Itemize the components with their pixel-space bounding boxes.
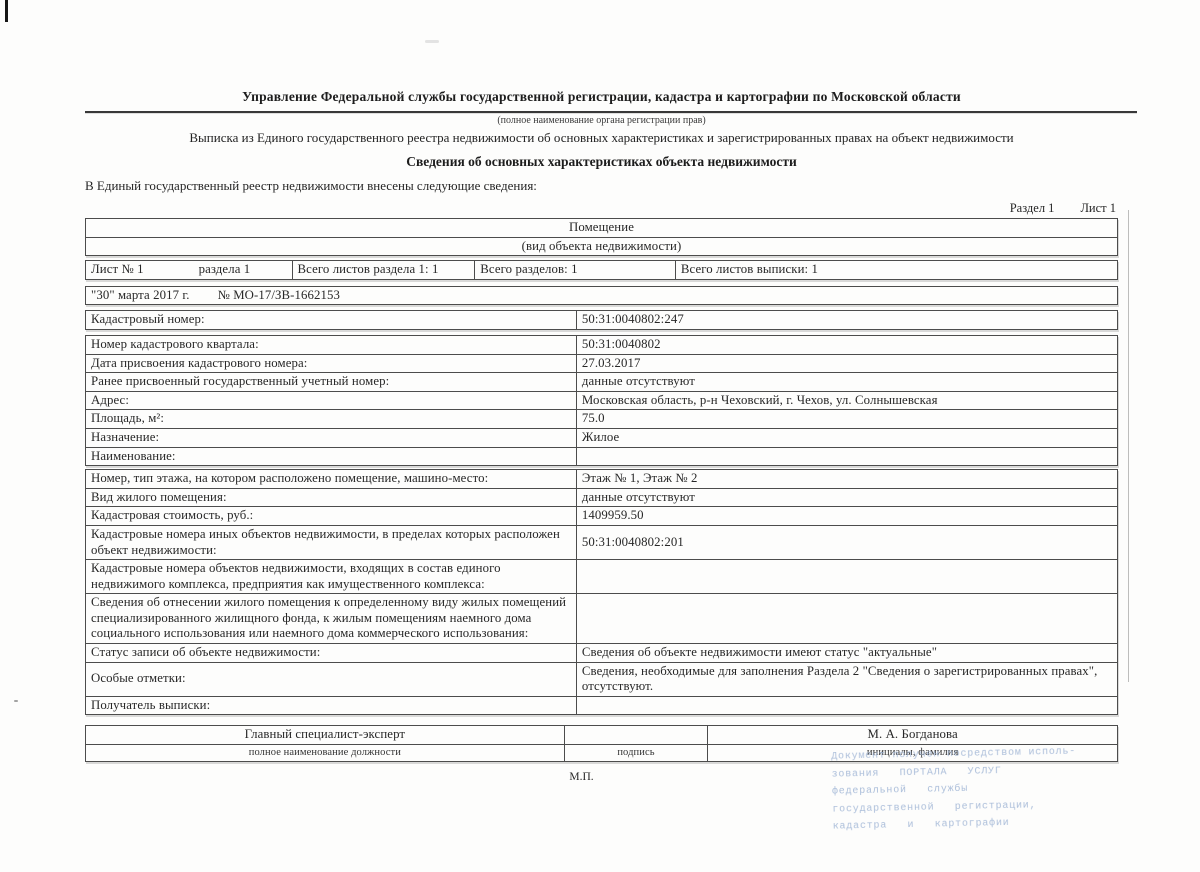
- portal-services-stamp: Документ получен посредством исполь-зова…: [831, 743, 1083, 836]
- row-label: Кадастровая стоимость, руб.:: [86, 507, 577, 526]
- table-row: Получатель выписки:: [86, 696, 1118, 715]
- document-content: Управление Федеральной службы государств…: [85, 0, 1118, 783]
- row-value: 1409959.50: [576, 507, 1117, 526]
- table-row: Наименование:: [86, 447, 1118, 466]
- row-value: 50:31:0040802: [576, 335, 1117, 354]
- document-title: Выписка из Единого государственного реес…: [85, 130, 1118, 146]
- row-value: [576, 560, 1117, 594]
- section-title: Сведения об основных характеристиках объ…: [85, 154, 1118, 170]
- row-value: [576, 594, 1117, 644]
- row-label: Наименование:: [86, 447, 577, 466]
- row-value: 27.03.2017: [576, 354, 1117, 373]
- table-row: Статус записи об объекте недвижимости:Св…: [86, 644, 1118, 663]
- table-row: Дата присвоения кадастрового номера:27.0…: [86, 354, 1118, 373]
- row-label: Статус записи об объекте недвижимости:: [86, 644, 577, 663]
- table-row: Помещение: [86, 219, 1118, 238]
- table-row: Номер, тип этажа, на котором расположено…: [86, 470, 1118, 489]
- row-value: Жилое: [576, 428, 1117, 447]
- row-label: Кадастровые номера иных объектов недвижи…: [86, 525, 577, 559]
- scan-artifact-dot: [14, 700, 18, 702]
- row-label: Кадастровый номер:: [86, 311, 577, 330]
- row-value: 75.0: [576, 410, 1117, 429]
- row-value: [576, 696, 1117, 715]
- date-number-cell: "30" марта 2017 г.№ МО-17/ЗВ-1662153: [86, 286, 1118, 305]
- table-row: Лист № 1раздела 1 Всего листов раздела 1…: [86, 261, 1118, 280]
- cadastral-number-table: Кадастровый номер: 50:31:0040802:247: [85, 310, 1118, 330]
- signer-name: М. А. Богданова: [708, 726, 1118, 745]
- row-value: 50:31:0040802:201: [576, 525, 1117, 559]
- table-row: Адрес:Московская область, р-н Чеховский,…: [86, 391, 1118, 410]
- row-value: данные отсутствуют: [576, 373, 1117, 392]
- scanned-document-page: Управление Федеральной службы государств…: [0, 0, 1200, 872]
- signer-position: Главный специалист-эксперт: [86, 726, 565, 745]
- sheet-label: Лист 1: [1080, 201, 1116, 215]
- table-row: Вид жилого помещения:данные отсутствуют: [86, 488, 1118, 507]
- section-no: раздела 1: [199, 262, 251, 276]
- section-sheet-label: Раздел 1Лист 1: [85, 201, 1118, 216]
- row-label: Площадь, м²:: [86, 410, 577, 429]
- scan-artifact-top-left: [5, 0, 8, 22]
- table-row: Кадастровый номер: 50:31:0040802:247: [86, 311, 1118, 330]
- total-sheets-extract-cell: Всего листов выписки: 1: [675, 261, 1117, 280]
- row-value: Московская область, р-н Чеховский, г. Че…: [576, 391, 1117, 410]
- table-row: Кадастровая стоимость, руб.:1409959.50: [86, 507, 1118, 526]
- intro-text: В Единый государственный реестр недвижим…: [85, 178, 1118, 194]
- row-label: Назначение:: [86, 428, 577, 447]
- extract-number: № МО-17/ЗВ-1662153: [218, 288, 340, 302]
- row-value: 50:31:0040802:247: [576, 311, 1117, 330]
- sheet-info-table: Лист № 1раздела 1 Всего листов раздела 1…: [85, 260, 1118, 280]
- row-label: Получатель выписки:: [86, 696, 577, 715]
- total-sections-cell: Всего разделов: 1: [475, 261, 676, 280]
- table-row: "30" марта 2017 г.№ МО-17/ЗВ-1662153: [86, 286, 1118, 305]
- table-row: Площадь, м²:75.0: [86, 410, 1118, 429]
- object-type-caption: (вид объекта недвижимости): [86, 237, 1118, 256]
- row-label: Номер, тип этажа, на котором расположено…: [86, 470, 577, 489]
- main-table-part2: Номер, тип этажа, на котором расположено…: [85, 469, 1118, 715]
- total-sheets-section-cell: Всего листов раздела 1: 1: [292, 261, 475, 280]
- row-value: [576, 447, 1117, 466]
- row-label: Ранее присвоенный государственный учетны…: [86, 373, 577, 392]
- row-value: Этаж № 1, Этаж № 2: [576, 470, 1117, 489]
- sheet-no: Лист № 1: [91, 262, 144, 276]
- table-row: Кадастровые номера объектов недвижимости…: [86, 560, 1118, 594]
- row-label: Номер кадастрового квартала:: [86, 335, 577, 354]
- object-type-table: Помещение (вид объекта недвижимости): [85, 218, 1118, 256]
- org-name-caption: (полное наименование органа регистрации …: [85, 115, 1118, 126]
- table-row: Особые отметки:Сведения, необходимые для…: [86, 662, 1118, 696]
- row-value: Сведения, необходимые для заполнения Раз…: [576, 662, 1117, 696]
- row-label: Сведения об отнесении жилого помещения к…: [86, 594, 577, 644]
- org-name-underline: [85, 111, 1137, 113]
- table-row: Номер кадастрового квартала:50:31:004080…: [86, 335, 1118, 354]
- row-label: Адрес:: [86, 391, 577, 410]
- table-row: Главный специалист-эксперт М. А. Богдано…: [86, 726, 1118, 745]
- table-row: Ранее присвоенный государственный учетны…: [86, 373, 1118, 392]
- table-row: (вид объекта недвижимости): [86, 237, 1118, 256]
- row-label: Особые отметки:: [86, 662, 577, 696]
- table-row: Сведения об отнесении жилого помещения к…: [86, 594, 1118, 644]
- position-caption: полное наименование должности: [86, 745, 565, 762]
- signature-cell: [564, 726, 708, 745]
- extract-date: "30" марта 2017 г.: [91, 288, 190, 302]
- row-label: Вид жилого помещения:: [86, 488, 577, 507]
- section-label: Раздел 1: [1010, 201, 1055, 215]
- org-name: Управление Федеральной службы государств…: [85, 89, 1118, 105]
- row-label: Кадастровые номера объектов недвижимости…: [86, 560, 577, 594]
- table-row: Назначение:Жилое: [86, 428, 1118, 447]
- main-table-part1: Номер кадастрового квартала:50:31:004080…: [85, 335, 1118, 466]
- sheet-no-cell: Лист № 1раздела 1: [86, 261, 293, 280]
- row-value: Сведения об объекте недвижимости имеют с…: [576, 644, 1117, 663]
- row-value: данные отсутствуют: [576, 488, 1117, 507]
- table-row: Кадастровые номера иных объектов недвижи…: [86, 525, 1118, 559]
- scan-edge-shadow: [1128, 210, 1129, 682]
- date-number-table: "30" марта 2017 г.№ МО-17/ЗВ-1662153: [85, 286, 1118, 306]
- object-type-value: Помещение: [86, 219, 1118, 238]
- row-label: Дата присвоения кадастрового номера:: [86, 354, 577, 373]
- sign-caption: подпись: [564, 745, 708, 762]
